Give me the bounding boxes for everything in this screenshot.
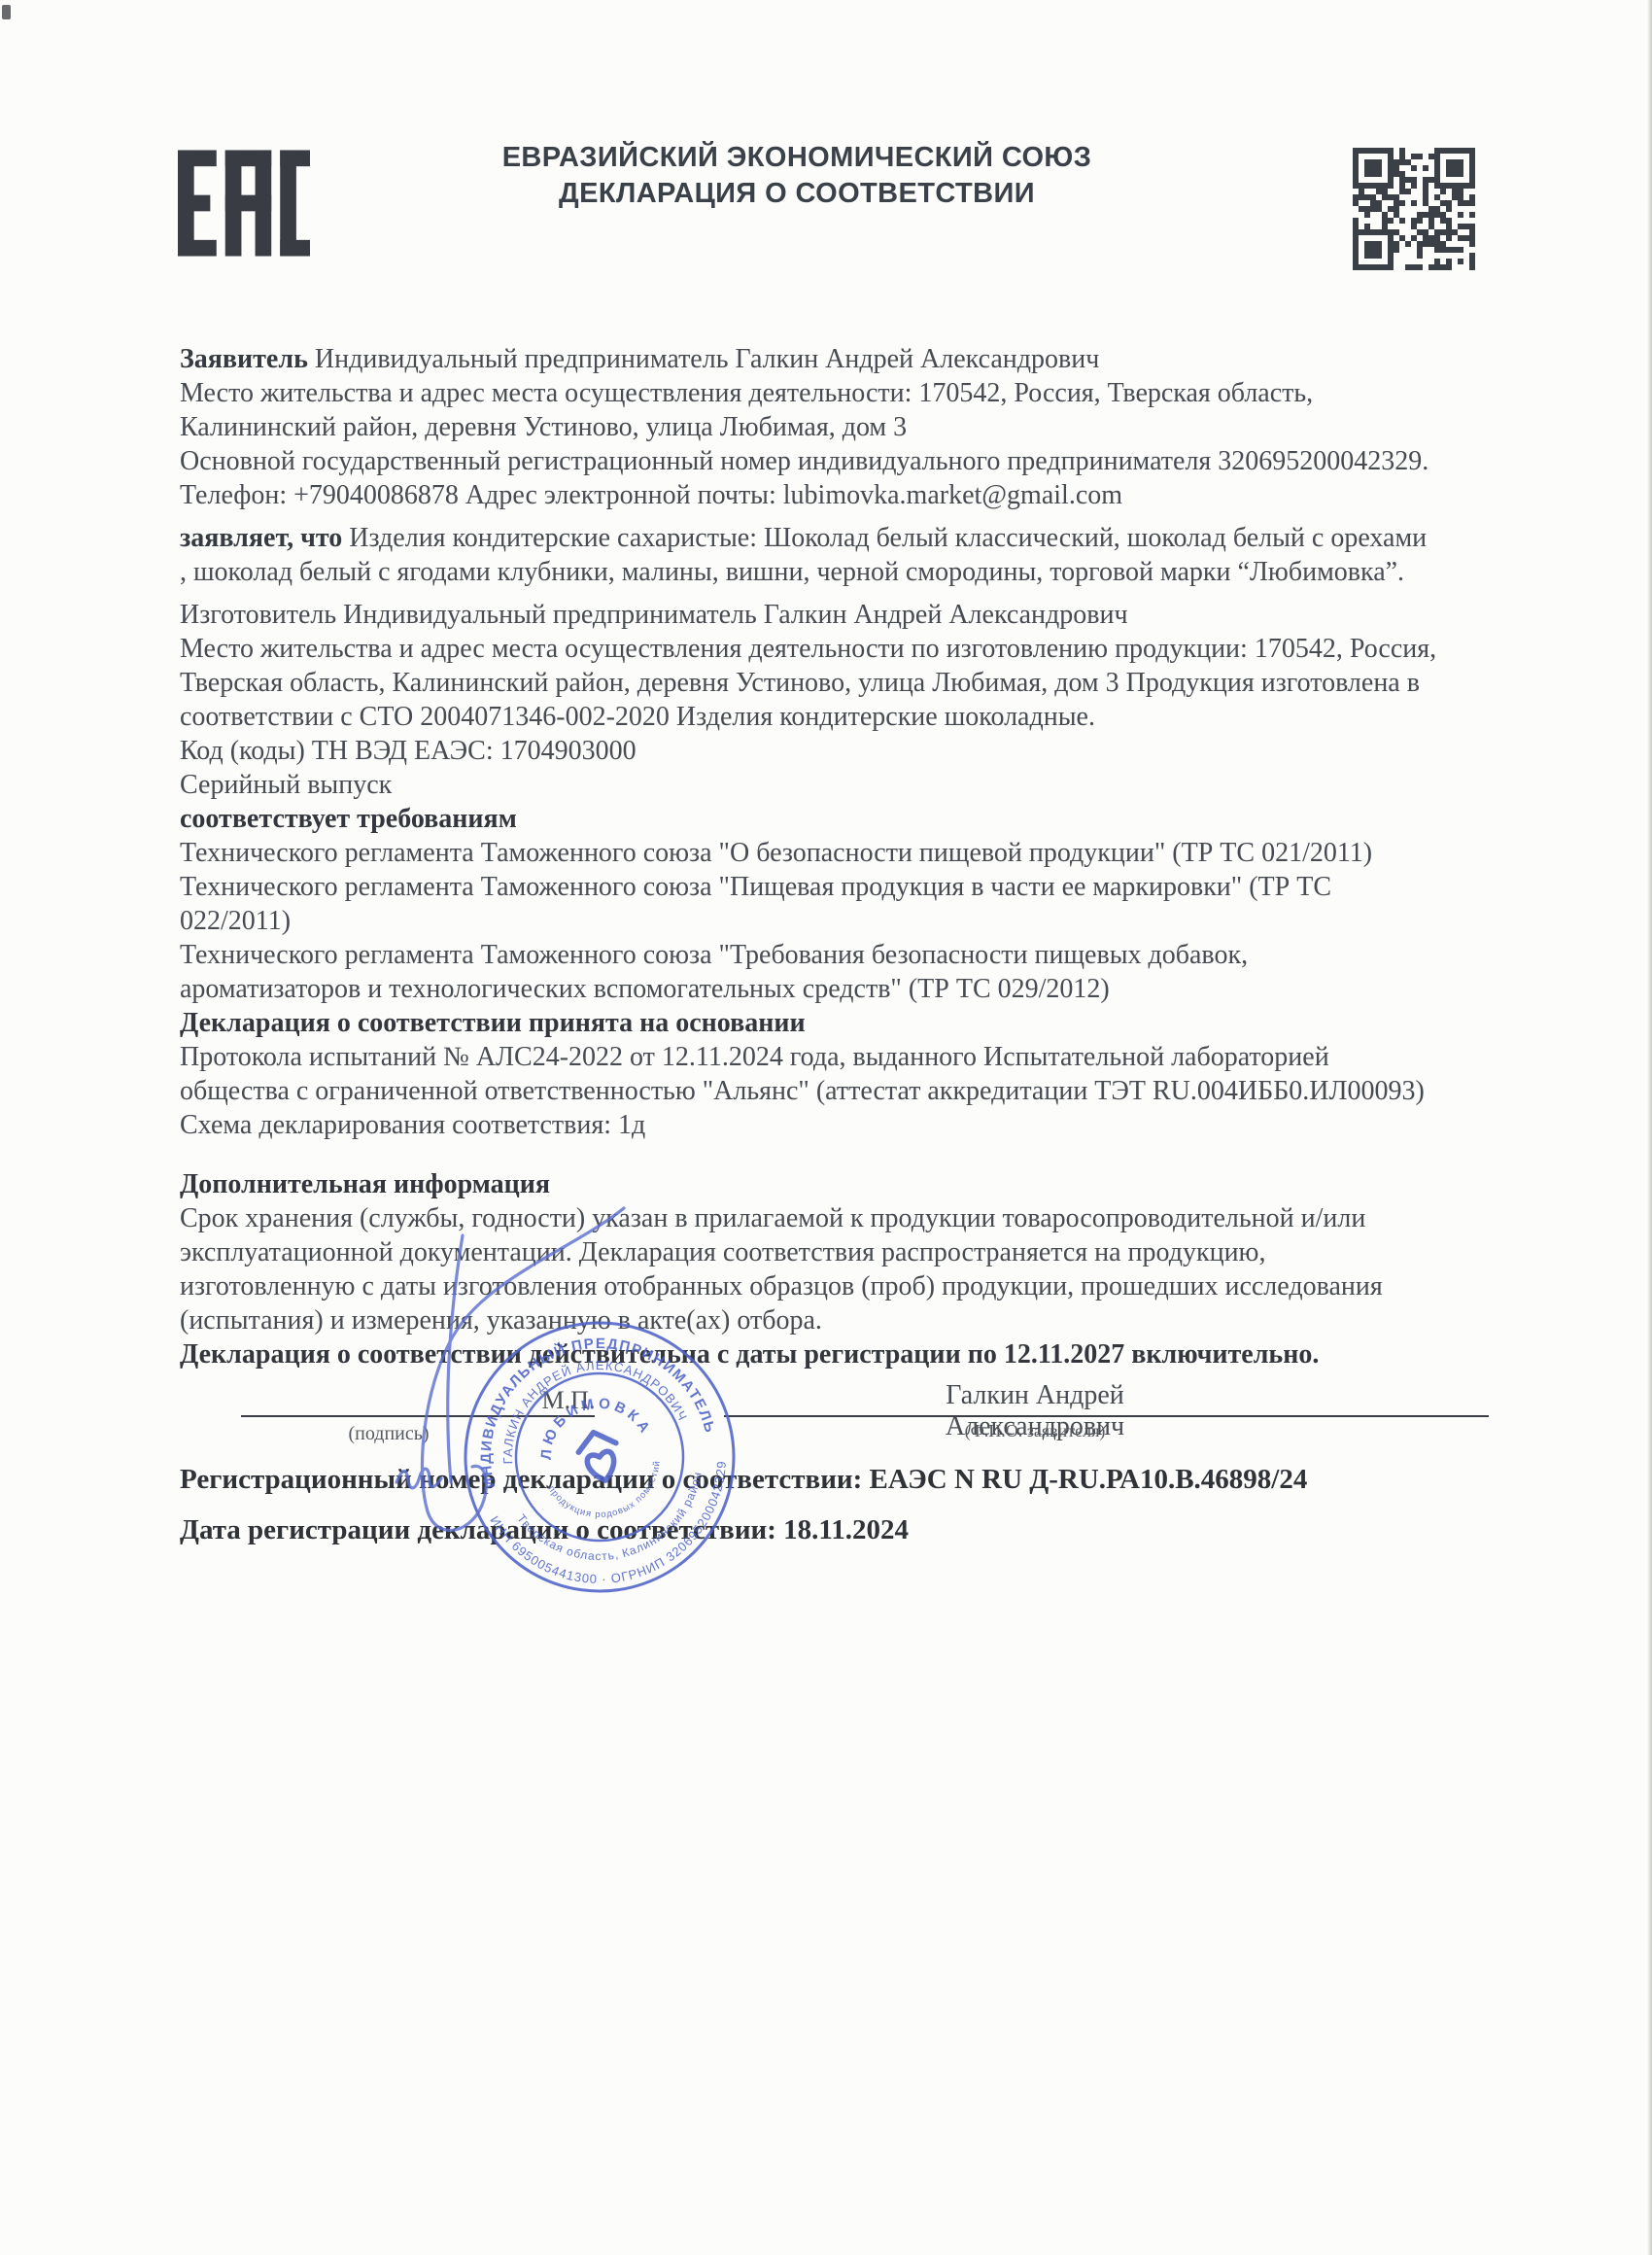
handwritten-signature	[369, 1191, 700, 1589]
tnved-code-line: Код (коды) ТН ВЭД ЕАЭС: 1704903000	[180, 734, 1540, 768]
declares-text: Изделия кондитерские сахаристые: Шоколад…	[180, 523, 1427, 587]
name-line	[724, 1415, 1489, 1417]
requirements-text: Технического регламента Таможенного союз…	[180, 836, 1540, 1006]
applicant-label: Заявитель	[180, 344, 308, 374]
declares-paragraph: заявляет, что Изделия кондитерские сахар…	[180, 521, 1540, 589]
applicant-text: Индивидуальный предприниматель Галкин Ан…	[180, 344, 1428, 510]
qr-code	[1353, 148, 1475, 270]
scan-edge-shadow	[1647, 0, 1652, 2255]
scan-corner-speck	[2, 5, 11, 19]
title-line-declaration: ДЕКЛАРАЦИЯ О СООТВЕТСТВИИ	[408, 176, 1186, 212]
eac-logo	[178, 142, 310, 264]
declaration-page: { "header": { "eac_mark": "EAC", "title_…	[0, 0, 1652, 2255]
declaration-body: Заявитель Индивидуальный предприниматель…	[180, 342, 1540, 1337]
basis-text: Протокола испытаний № АЛС24-2022 от 12.1…	[180, 1040, 1540, 1142]
requirements-heading: соответствует требованиям	[180, 802, 1540, 836]
title-line-union: ЕВРАЗИЙСКИЙ ЭКОНОМИЧЕСКИЙ СОЮЗ	[408, 140, 1186, 176]
basis-heading: Декларация о соответствии принята на осн…	[180, 1006, 1540, 1040]
declares-label: заявляет, что	[180, 523, 342, 553]
manufacturer-paragraph: Изготовитель Индивидуальный предпринимат…	[180, 598, 1540, 734]
applicant-paragraph: Заявитель Индивидуальный предприниматель…	[180, 342, 1540, 512]
serial-release-line: Серийный выпуск	[180, 768, 1540, 802]
name-caption: (Ф.И.О. заявителя)	[894, 1421, 1176, 1441]
document-title: ЕВРАЗИЙСКИЙ ЭКОНОМИЧЕСКИЙ СОЮЗ ДЕКЛАРАЦИ…	[408, 140, 1186, 212]
